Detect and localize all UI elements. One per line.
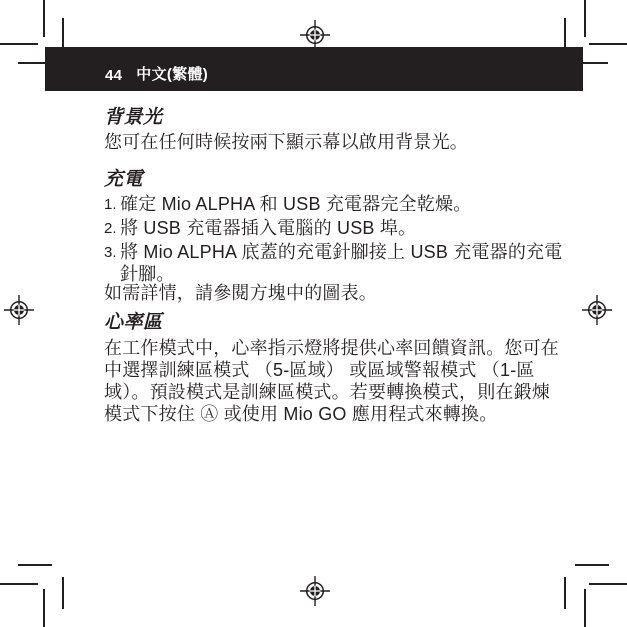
registration-mark-icon	[582, 295, 612, 325]
section-body-heart-rate-zones: 在工作模式中，心率指示燈將提供心率回饋資訊。您可在 中選擇訓練區模式 （5-區域…	[104, 337, 566, 425]
section-heading-heart-rate-zones: 心率區	[104, 313, 566, 333]
header-bar: 44 中文(繁體)	[45, 47, 583, 91]
crop-mark-bottom-right-inner-v	[564, 577, 566, 609]
crop-mark-bottom-left-inner-v	[62, 577, 64, 609]
crop-mark-bottom-right-outer-h	[589, 583, 627, 585]
step-item: 1. 確定 Mio ALPHA 和 USB 充電器完全乾燥。	[104, 193, 566, 216]
crop-mark-bottom-right-outer-v	[584, 589, 586, 627]
step-item: 3. 將 Mio ALPHA 底蓋的充電針腳接上 USB 充電器的充電 針腳。	[104, 241, 566, 285]
registration-mark-icon	[4, 295, 34, 325]
charging-steps: 1. 確定 Mio ALPHA 和 USB 充電器完全乾燥。 2. 將 USB …	[104, 193, 566, 286]
step-number: 1.	[104, 193, 120, 216]
section-body-backlight: 您可在任何時候按兩下顯示幕以啟用背景光。	[104, 131, 566, 153]
step-text: 將 USB 充電器插入電腦的 USB 埠。	[120, 217, 416, 240]
crop-mark-bottom-right-inner-h	[575, 564, 609, 566]
crop-mark-top-left-outer-v	[43, 0, 45, 37]
step-number: 2.	[104, 217, 120, 240]
step-text: 確定 Mio ALPHA 和 USB 充電器完全乾燥。	[120, 193, 471, 216]
crop-mark-top-left-outer-h	[0, 43, 38, 45]
crop-mark-top-right-outer-v	[584, 0, 586, 37]
step-number: 3.	[104, 241, 120, 285]
crop-mark-top-left-inner-v	[62, 18, 64, 48]
crop-mark-bottom-left-outer-v	[43, 589, 45, 627]
crop-mark-bottom-left-inner-h	[18, 564, 52, 566]
crop-mark-bottom-left-outer-h	[0, 583, 38, 585]
section-heading-charging: 充電	[104, 170, 566, 190]
charging-note: 如需詳情，請參閱方塊中的圖表。	[104, 282, 566, 304]
crop-mark-top-right-inner-v	[564, 18, 566, 48]
step-item: 2. 將 USB 充電器插入電腦的 USB 埠。	[104, 217, 566, 240]
manual-page: { "meta": { "ink_color": "#231f20", "bac…	[0, 0, 627, 627]
language-label: 中文(繁體)	[136, 63, 208, 84]
registration-mark-icon	[300, 20, 330, 50]
section-heading-backlight: 背景光	[104, 108, 566, 128]
registration-mark-icon	[300, 576, 330, 606]
page-number: 44	[105, 67, 122, 84]
step-text: 將 Mio ALPHA 底蓋的充電針腳接上 USB 充電器的充電 針腳。	[120, 241, 562, 285]
crop-mark-top-right-outer-h	[589, 43, 627, 45]
